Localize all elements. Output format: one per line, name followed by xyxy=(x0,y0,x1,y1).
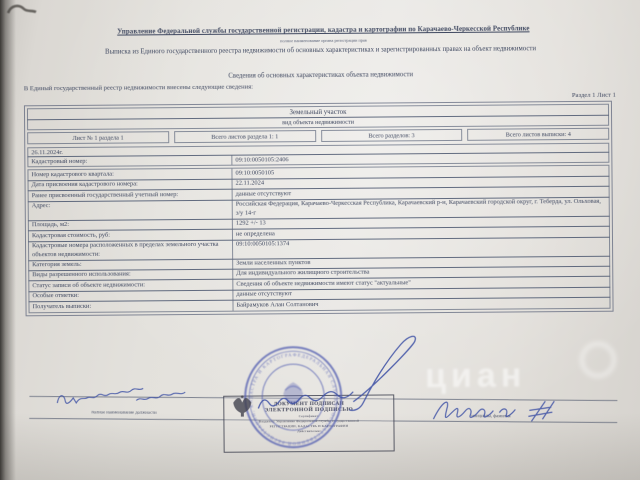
row-value: Российская Федерация, Карачаево-Черкесск… xyxy=(232,198,609,219)
registration-authority-title: Управление Федеральной службы государств… xyxy=(48,25,598,36)
row-label: Получатель выписки: xyxy=(29,301,232,312)
row-label: Кадастровый номер: xyxy=(28,156,231,167)
cian-watermark: циан xyxy=(425,356,527,396)
sheet-info-cell: Лист № 1 раздела 1 xyxy=(27,131,169,144)
section-page-indicator: Раздел 1 Лист 1 xyxy=(572,92,616,99)
row-label: Категория земель: xyxy=(29,259,232,270)
electronic-signature-stamp: ДОКУМЕНТ ПОДПИСАН ЭЛЕКТРОННОЙ ПОДПИСЬЮ С… xyxy=(223,394,394,452)
row-value: 09:10:0050105:2406 xyxy=(231,153,608,165)
row-label: Статус записи об объекте недвижимости: xyxy=(29,280,232,291)
photographed-paper: Управление Федеральной службы государств… xyxy=(0,0,640,480)
row-label: Площадь, м2: xyxy=(29,219,232,230)
row-label: Дата присвоения кадастрового номера: xyxy=(29,180,232,191)
stamp-line: Действителен: xyxy=(224,428,393,433)
egrn-extract-document: Управление Федеральной службы государств… xyxy=(0,0,640,480)
intro-line: В Единый государственный реестр недвижим… xyxy=(24,84,253,93)
row-label: Кадастровые номера расположенных в преде… xyxy=(29,240,232,260)
document-type-title: Выписка из Единого государственного реес… xyxy=(20,45,620,57)
authority-caption: полное наименование органа регистрации п… xyxy=(48,36,598,45)
row-value: Байрамуков Алан Солтанович xyxy=(232,298,609,310)
name-caption: инициалы, фамилия xyxy=(471,413,510,418)
row-label: Кадастровая стоимость, руб: xyxy=(29,230,232,241)
section-title: Сведения об основных характеристиках объ… xyxy=(21,70,621,82)
property-table: Земельный участок вид объекта недвижимос… xyxy=(24,101,614,316)
row-value: 09:10:0050105:1374 xyxy=(232,237,609,258)
row-label: Ранее присвоенный государственный учетны… xyxy=(29,190,232,201)
position-caption: полное наименование должности xyxy=(91,409,156,414)
photo-edge-shadow xyxy=(0,0,16,480)
sheet-info-row: Лист № 1 раздела 1 Всего листов раздела … xyxy=(27,128,609,145)
sheet-info-cell: Всего листов выписки: 4 xyxy=(467,128,609,141)
row-label: Особые отметки: xyxy=(29,291,232,302)
sheet-info-cell: Всего листов раздела 1: 1 xyxy=(174,130,316,143)
watermark-ring xyxy=(582,344,614,376)
sheet-info-cell: Всего разделов: 3 xyxy=(321,129,463,142)
row-label: Адрес: xyxy=(29,201,232,221)
row-label: Номер кадастрового квартала: xyxy=(28,169,231,180)
row-label: Виды разрешенного использования: xyxy=(29,270,232,281)
